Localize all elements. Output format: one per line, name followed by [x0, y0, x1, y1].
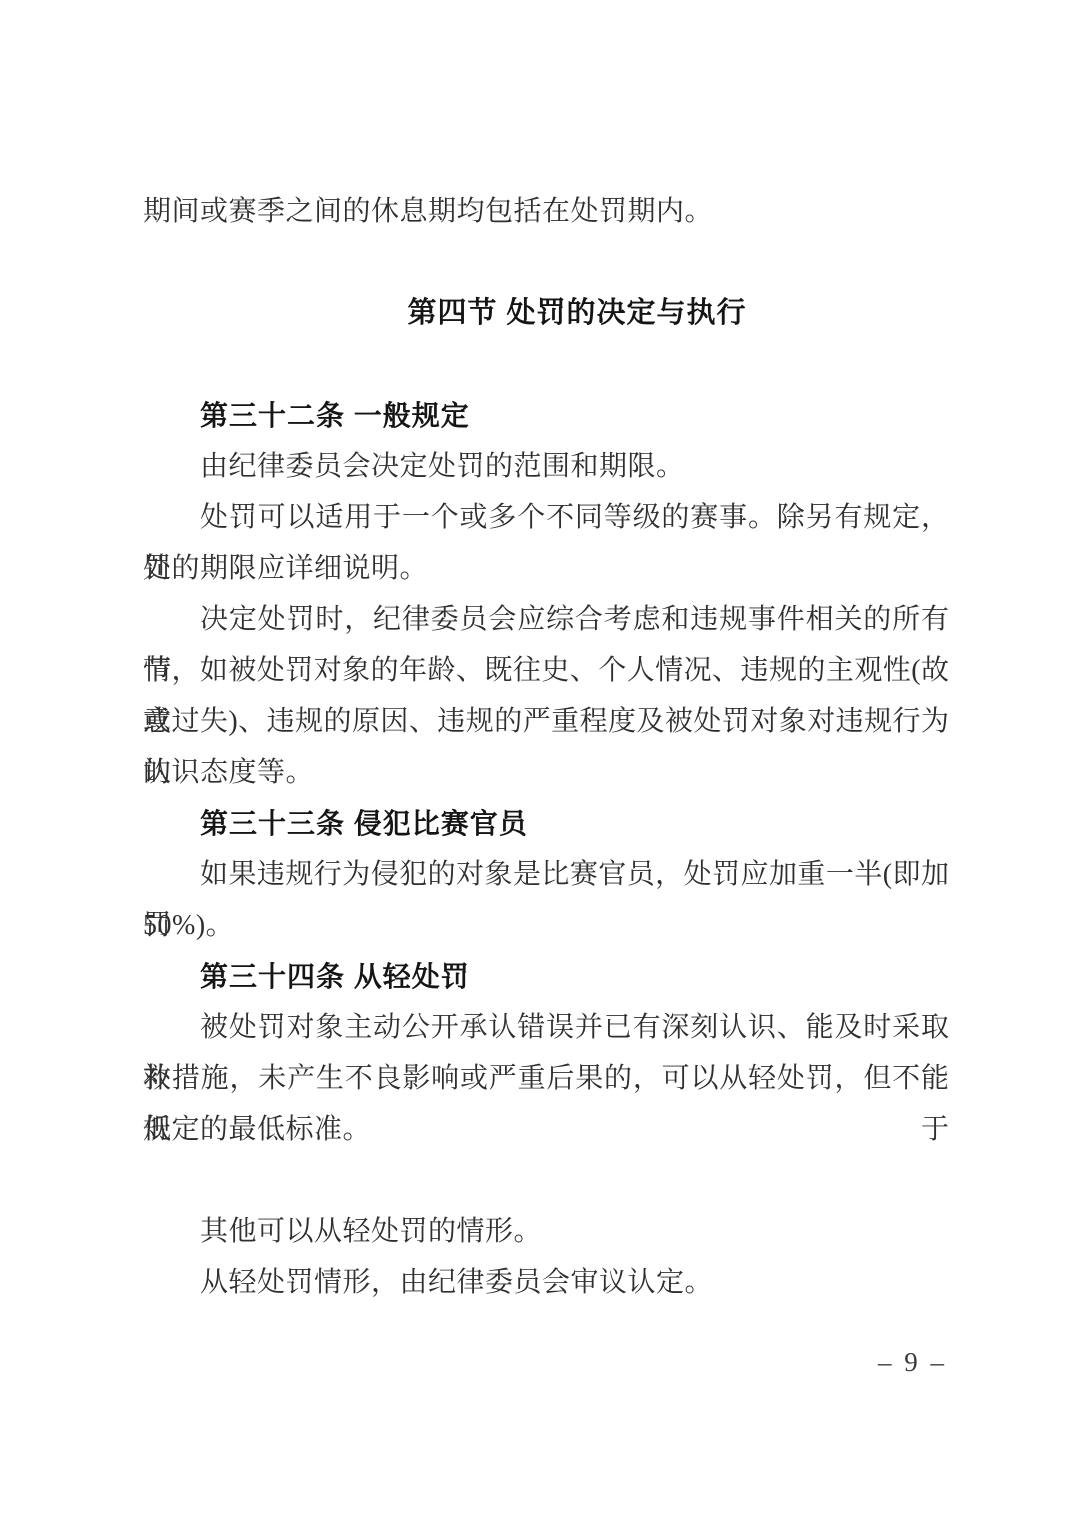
- paragraph-continuation-line: 或过失)、违规的原因、违规的严重程度及被处罚对象对违规行为的: [143, 696, 949, 747]
- article-heading-34: 第三十四条 从轻处罚: [143, 951, 949, 1002]
- paragraph-continuation-line: 罚的期限应详细说明。: [143, 543, 949, 594]
- paragraph-continuation-line: 节，如被处罚对象的年龄、既往史、个人情况、违规的主观性(故意: [143, 645, 949, 696]
- paragraph-continuation-line: 50%)。: [143, 900, 949, 951]
- paragraph-continuation-line: 认识态度等。: [143, 747, 949, 798]
- paragraph-line: 由纪律委员会决定处罚的范围和期限。: [143, 441, 949, 492]
- article-heading-33: 第三十三条 侵犯比赛官员: [143, 798, 949, 849]
- page-number: – 9 –: [878, 1342, 947, 1382]
- paragraph-line: 从轻处罚情形，由纪律委员会审议认定。: [143, 1257, 949, 1308]
- paragraph-continuation-line: 救措施，未产生不良影响或严重后果的，可以从轻处罚，但不能低于: [143, 1053, 949, 1104]
- paragraph-line: 如果违规行为侵犯的对象是比赛官员，处罚应加重一半(即加罚: [143, 849, 949, 900]
- paragraph-line: 决定处罚时，纪律委员会应综合考虑和违规事件相关的所有情: [143, 594, 949, 645]
- article-heading-32: 第三十二条 一般规定: [143, 390, 949, 441]
- document-page: 期间或赛季之间的休息期均包括在处罚期内。 第四节 处罚的决定与执行 第三十二条 …: [0, 0, 1080, 1527]
- paragraph-line: 其他可以从轻处罚的情形。: [143, 1206, 949, 1257]
- paragraph-line: 处罚可以适用于一个或多个不同等级的赛事。除另有规定，处: [143, 492, 949, 543]
- document-body: 期间或赛季之间的休息期均包括在处罚期内。 第四节 处罚的决定与执行 第三十二条 …: [143, 186, 949, 1308]
- paragraph-continuation-line: 期间或赛季之间的休息期均包括在处罚期内。: [143, 186, 949, 237]
- paragraph-line: 被处罚对象主动公开承认错误并已有深刻认识、能及时采取补: [143, 1002, 949, 1053]
- section-heading: 第四节 处罚的决定与执行: [143, 288, 949, 339]
